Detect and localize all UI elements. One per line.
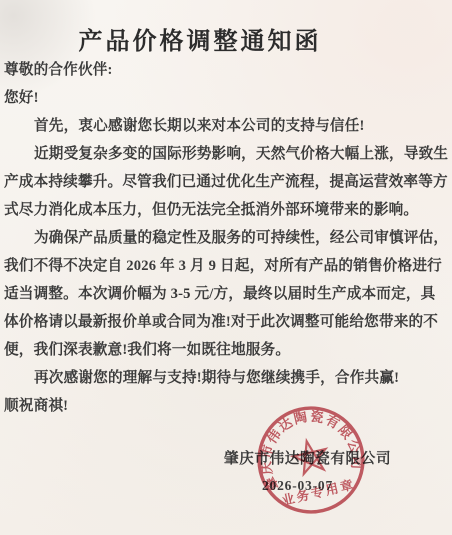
document-body: 尊敬的合作伙伴: 您好! 首先，衷心感谢您长期以来对本公司的支持与信任! 近期受… <box>4 56 388 420</box>
scanned-letter-page: 产品价格调整通知函 尊敬的合作伙伴: 您好! 首先，衷心感谢您长期以来对本公司的… <box>0 0 452 535</box>
price-range: 3-5 <box>171 286 191 302</box>
document-line: 体价格请以最新报价单或合同为准!对于此次调整可能给您带来的不 <box>4 308 388 336</box>
price-line-pre: 适当调整。本次调价幅为 <box>4 286 171 302</box>
document-line: 我们不得不决定自 2026 年 3 月 9 日起，对所有产品的销售价格进行 <box>4 252 388 280</box>
document-line: 式尽力消化成本压力，但仍无法完全抵消外部环境带来的影响。 <box>4 196 388 224</box>
document-line: 近期受复杂多变的国际形势影响，天然气价格大幅上涨，导致生 <box>4 140 388 168</box>
document-line: 便，我们深表歉意!我们将一如既往地服务。 <box>4 336 388 364</box>
price-line-post: 元/方，最终以届时生产成本而定，具 <box>191 286 436 302</box>
document-line-price: 适当调整。本次调价幅为 3-5 元/方，最终以届时生产成本而定，具 <box>4 280 388 308</box>
document-line: 产成本持续攀升。尽管我们已通过优化生产流程，提高运营效率等方 <box>4 168 388 196</box>
seal-star-icon <box>291 437 330 475</box>
document-line: 首先，衷心感谢您长期以来对本公司的支持与信任! <box>4 112 388 140</box>
seal-bottom-text: 业务专用章 <box>280 477 356 508</box>
document-line: 再次感谢您的理解与支持!期待与您继续携手，合作共赢! <box>4 364 388 392</box>
document-title: 产品价格调整通知函 <box>0 21 400 56</box>
document-line: 为确保产品质量的稳定性及服务的可持续性，经公司审慎评估， <box>4 224 388 252</box>
salutation-line: 尊敬的合作伙伴: <box>4 56 388 84</box>
greeting-line: 您好! <box>4 84 388 112</box>
